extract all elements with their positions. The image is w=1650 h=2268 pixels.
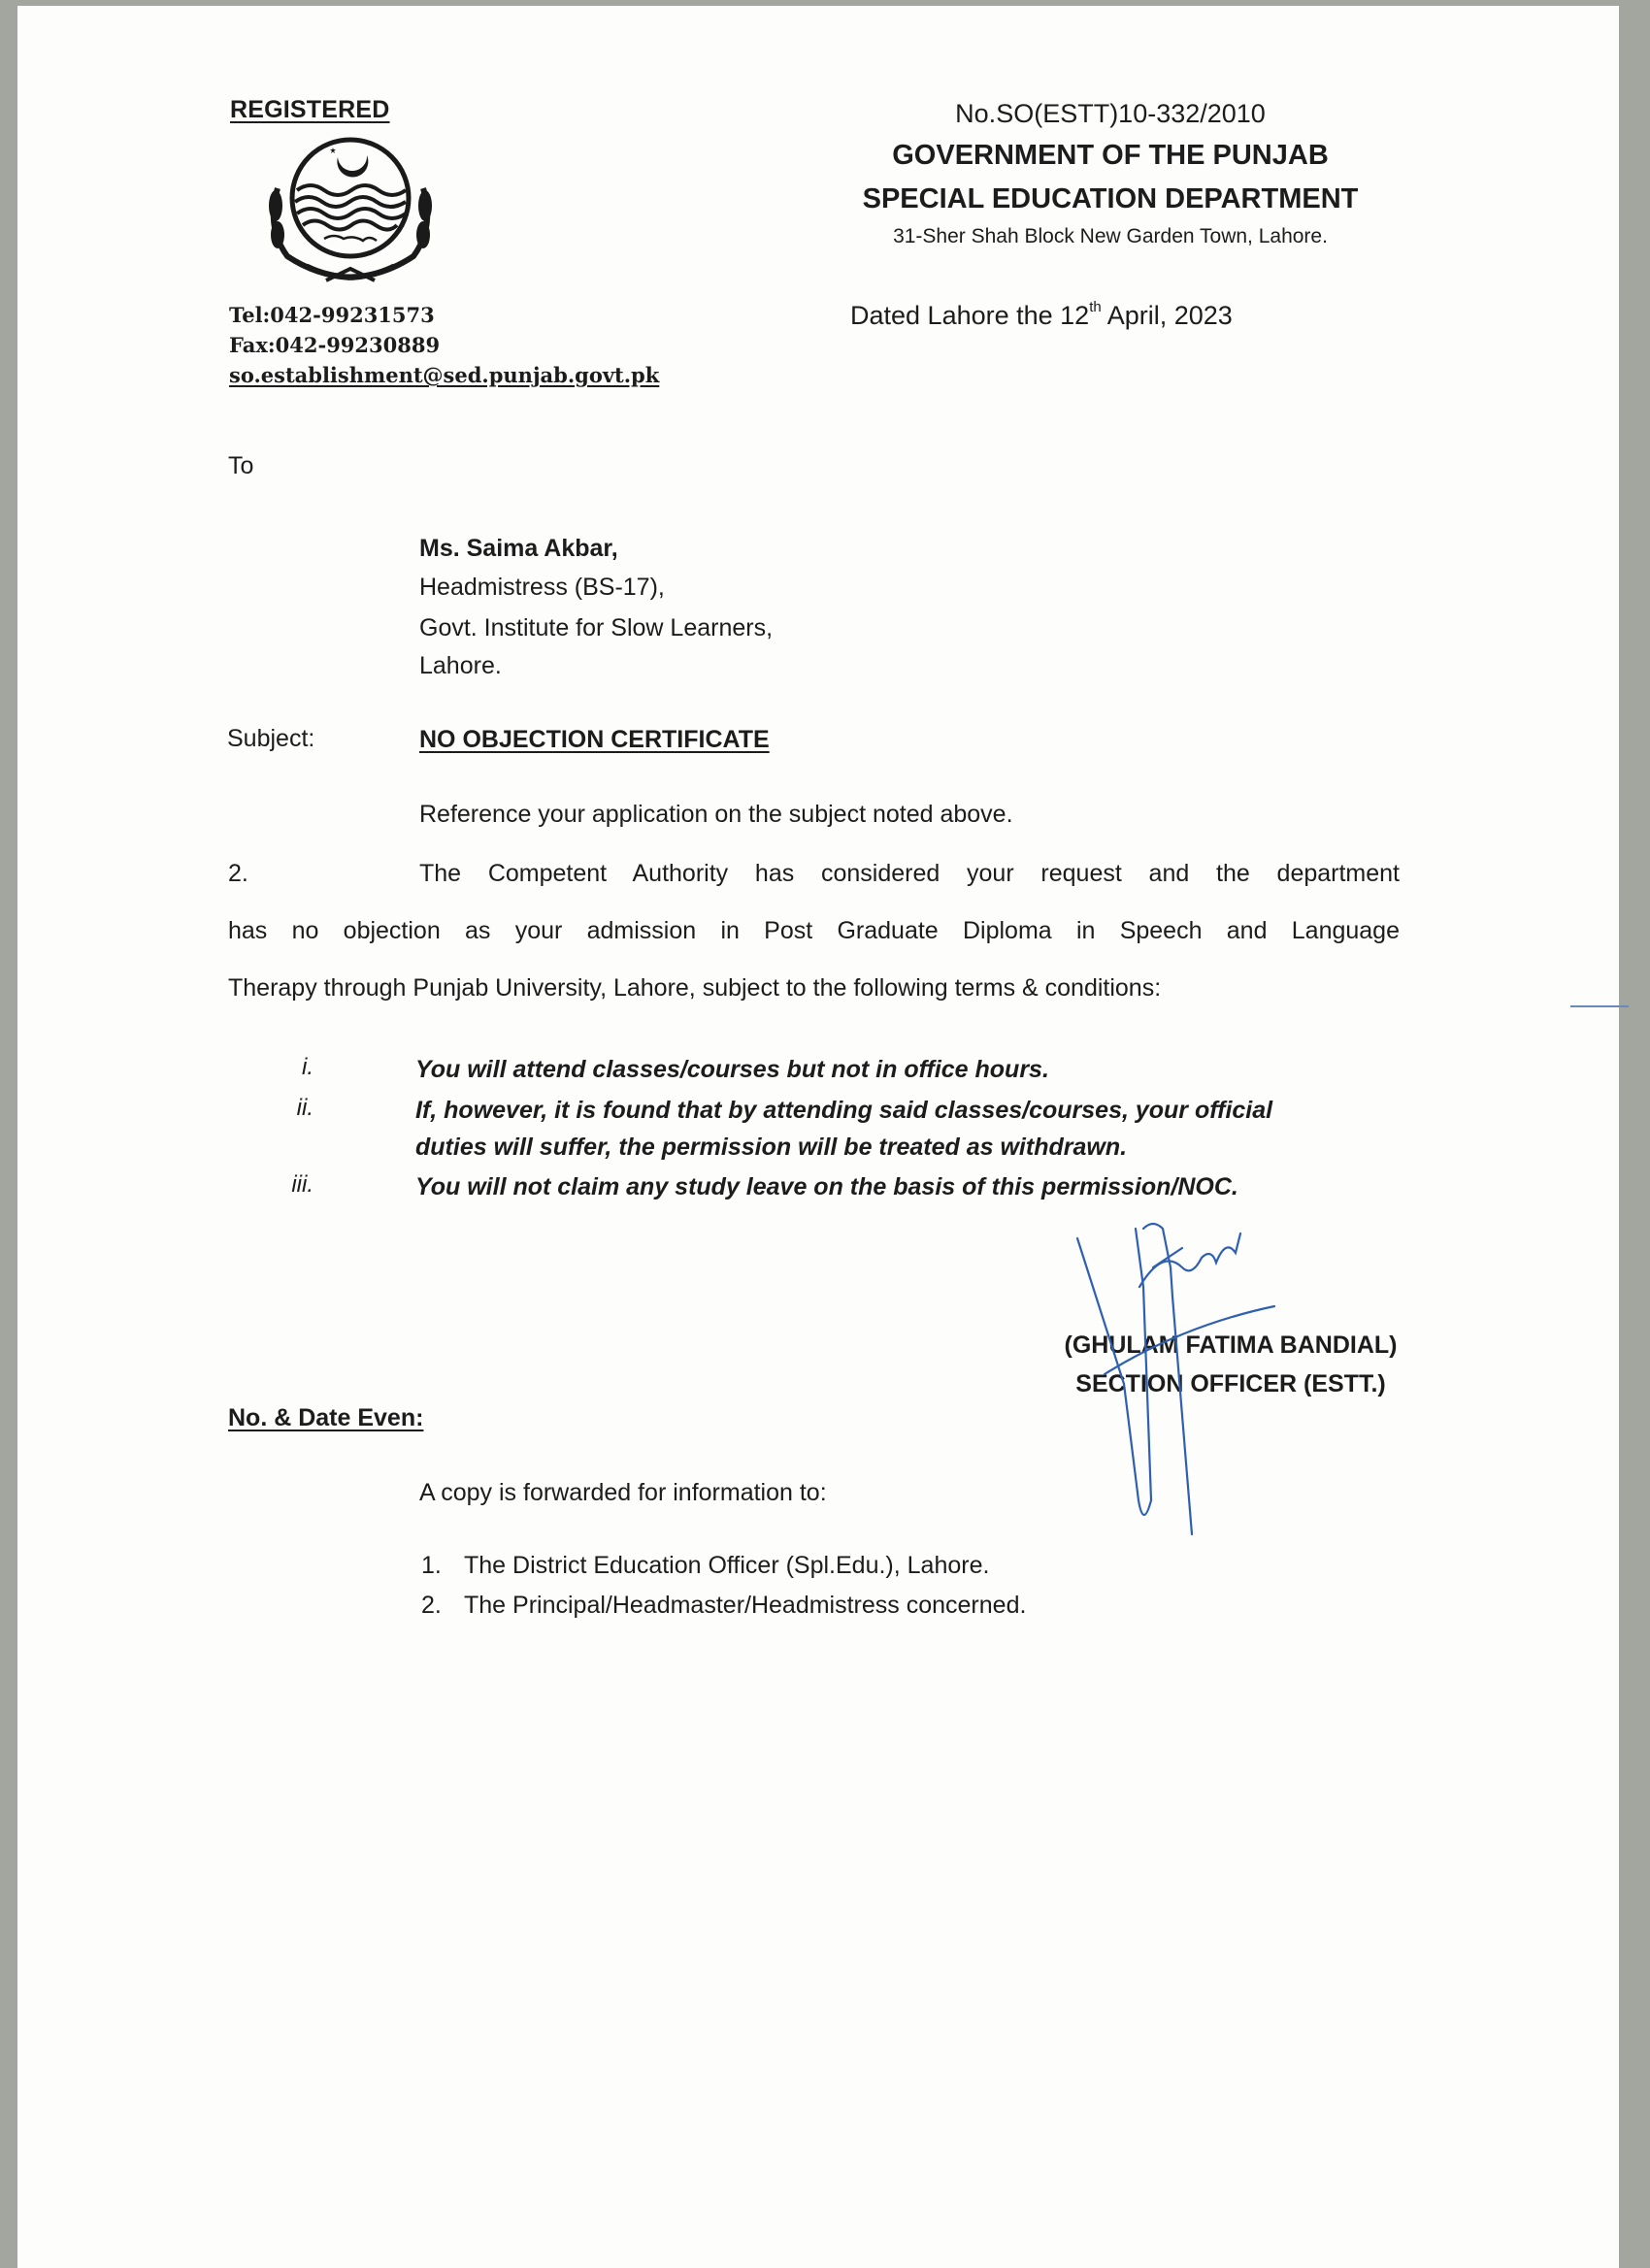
condition-number: iii. (255, 1171, 313, 1199)
condition-text-continued: duties will suffer, the permission will … (415, 1134, 1127, 1162)
signatory-name: (GHULAM FATIMA BANDIAL) (1027, 1331, 1435, 1360)
date-prefix: Dated Lahore the 12 (850, 301, 1089, 330)
signatory-title: SECTION OFFICER (ESTT.) (1027, 1370, 1435, 1398)
condition-number: ii. (255, 1095, 313, 1122)
punjab-emblem-icon (248, 130, 452, 285)
paragraph-2-line-3: Therapy through Punjab University, Lahor… (228, 974, 1161, 1003)
recipient-institution: Govt. Institute for Slow Learners, (419, 614, 773, 642)
letter-date: Dated Lahore the 12th April, 2023 (850, 301, 1233, 331)
copy-section-heading: No. & Date Even: (228, 1404, 423, 1432)
letter-page: REGISTERED Tel:042-99231573 Fax:042-9923… (17, 6, 1619, 2268)
registered-label: REGISTERED (230, 96, 390, 124)
department-heading: SPECIAL EDUCATION DEPARTMENT (813, 183, 1407, 215)
recipient-city: Lahore. (419, 652, 502, 680)
condition-text: If, however, it is found that by attendi… (415, 1097, 1272, 1125)
date-suffix: April, 2023 (1102, 301, 1233, 330)
stray-pen-mark (1570, 1005, 1629, 1007)
condition-text: You will attend classes/courses but not … (415, 1056, 1049, 1084)
date-ordinal: th (1089, 299, 1102, 315)
copy-recipient: The District Education Officer (Spl.Edu.… (464, 1552, 989, 1580)
fax-number: Fax:042-99230889 (229, 333, 440, 357)
to-label: To (228, 452, 253, 480)
condition-text: You will not claim any study leave on th… (415, 1173, 1238, 1201)
telephone-number: Tel:042-99231573 (229, 303, 435, 327)
reference-number: No.SO(ESTT)10-332/2010 (813, 99, 1407, 129)
copy-recipient-number: 2. (421, 1592, 442, 1620)
copy-recipient: The Principal/Headmaster/Headmistress co… (464, 1592, 1026, 1620)
paragraph-2-line-1: The Competent Authority has considered y… (419, 860, 1400, 888)
recipient-designation: Headmistress (BS-17), (419, 574, 665, 602)
email-address[interactable]: so.establishment@sed.punjab.govt.pk (229, 363, 659, 387)
paragraph-number: 2. (228, 860, 248, 888)
subject-label: Subject: (227, 725, 314, 753)
department-address: 31-Sher Shah Block New Garden Town, Laho… (813, 225, 1407, 248)
recipient-name: Ms. Saima Akbar, (419, 535, 618, 563)
paragraph-2-line-2: has no objection as your admission in Po… (228, 917, 1400, 945)
copy-recipient-number: 1. (421, 1552, 442, 1580)
condition-number: i. (255, 1054, 313, 1081)
government-heading: GOVERNMENT OF THE PUNJAB (813, 140, 1407, 172)
reference-paragraph: Reference your application on the subjec… (419, 801, 1013, 829)
subject-value: NO OBJECTION CERTIFICATE (419, 726, 770, 754)
copy-intro: A copy is forwarded for information to: (419, 1479, 827, 1507)
